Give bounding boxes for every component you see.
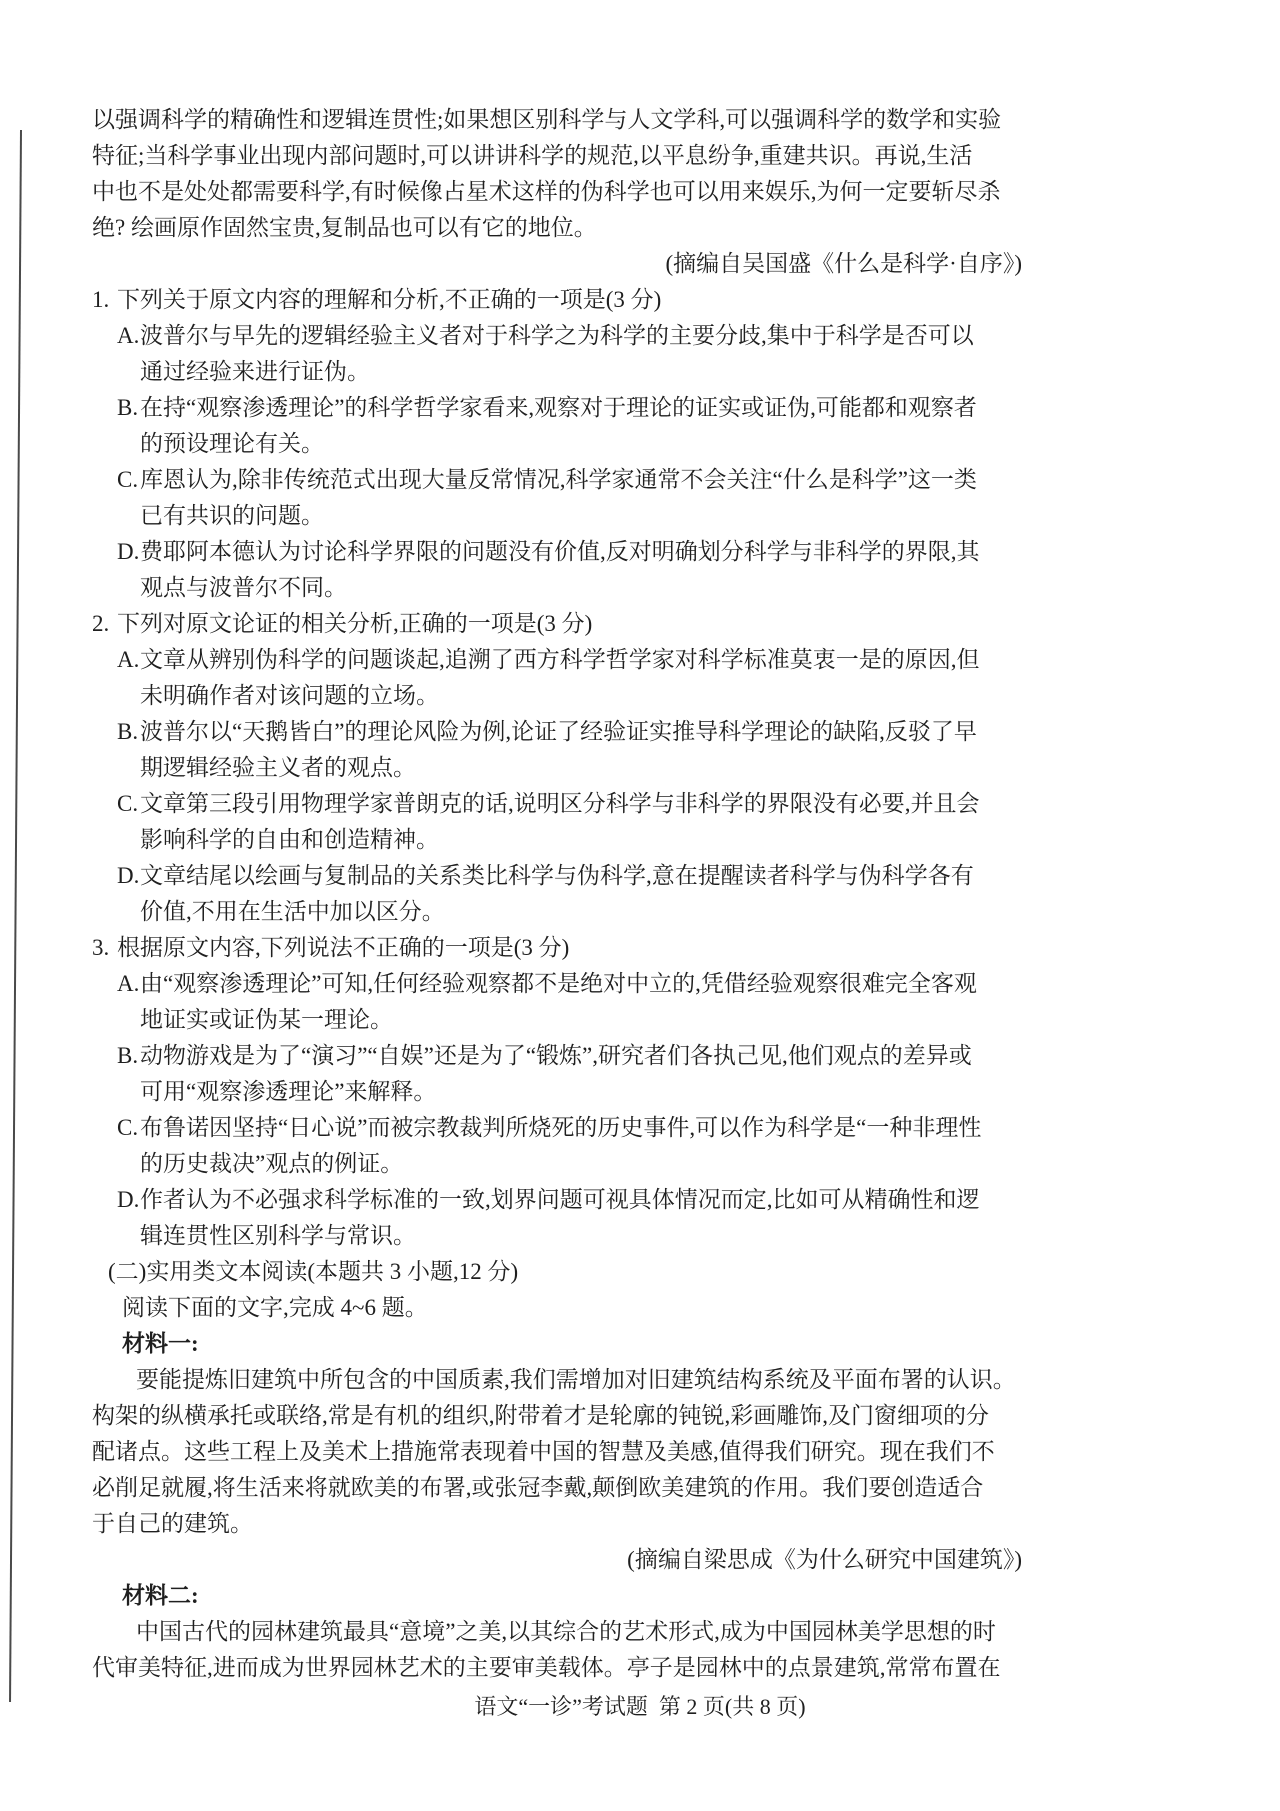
option-a-label: A.	[117, 642, 140, 714]
page-footer: 语文“一诊”考试题 第 2 页(共 8 页)	[0, 1689, 1280, 1725]
material-2-text: 中国古代的园林建筑最具“意境”之美,以其综合的艺术形式,成为中国园林美学思想的时…	[92, 1614, 1102, 1686]
question-2-option-a: A. 文章从辨别伪科学的问题谈起,追溯了西方科学哲学家对科学标准莫衷一是的原因,…	[117, 642, 1102, 714]
option-a-text: 波普尔与早先的逻辑经验主义者对于科学之为科学的主要分歧,集中于科学是否可以通过经…	[140, 318, 1102, 390]
option-d-text: 作者认为不必强求科学标准的一致,划界问题可视具体情况而定,比如可从精确性和逻辑连…	[140, 1182, 1102, 1254]
option-a-text: 由“观察渗透理论”可知,任何经验观察都不是绝对中立的,凭借经验观察很难完全客观地…	[140, 966, 1102, 1038]
reading-instruction: 阅读下面的文字,完成 4~6 题。	[122, 1290, 1102, 1326]
option-c-label: C.	[117, 786, 140, 858]
option-a-label: A.	[117, 966, 140, 1038]
material-1-label: 材料一:	[122, 1326, 1102, 1362]
question-2-stem: 下列对原文论证的相关分析,正确的一项是(3 分)	[117, 606, 1102, 642]
question-1-option-d: D. 费耶阿本德认为讨论科学界限的问题没有价值,反对明确划分科学与非科学的界限,…	[117, 534, 1102, 606]
option-b-text: 在持“观察渗透理论”的科学哲学家看来,观察对于理论的证实或证伪,可能都和观察者的…	[140, 390, 1102, 462]
question-2-option-b: B. 波普尔以“天鹅皆白”的理论风险为例,论证了经验证实推导科学理论的缺陷,反驳…	[117, 714, 1102, 786]
question-1-option-b: B. 在持“观察渗透理论”的科学哲学家看来,观察对于理论的证实或证伪,可能都和观…	[117, 390, 1102, 462]
question-1-stem: 下列关于原文内容的理解和分析,不正确的一项是(3 分)	[117, 282, 1102, 318]
option-d-label: D.	[117, 858, 140, 930]
question-2-option-c: C. 文章第三段引用物理学家普朗克的话,说明区分科学与非科学的界限没有必要,并且…	[117, 786, 1102, 858]
question-3-number: 3.	[92, 930, 117, 1254]
passage-continuation-paragraph: 以强调科学的精确性和逻辑连贯性;如果想区别科学与人文学科,可以强调科学的数学和实…	[92, 102, 1102, 246]
question-3: 3. 根据原文内容,下列说法不正确的一项是(3 分) A. 由“观察渗透理论”可…	[92, 930, 1102, 1254]
source-attribution-passage-1: (摘编自吴国盛《什么是科学·自序》)	[92, 246, 1102, 282]
question-1-number: 1.	[92, 282, 117, 606]
option-d-label: D.	[117, 1182, 140, 1254]
question-2-option-d: D. 文章结尾以绘画与复制品的关系类比科学与伪科学,意在提醒读者科学与伪科学各有…	[117, 858, 1102, 930]
option-c-label: C.	[117, 1110, 140, 1182]
option-c-label: C.	[117, 462, 140, 534]
option-d-text: 费耶阿本德认为讨论科学界限的问题没有价值,反对明确划分科学与非科学的界限,其观点…	[140, 534, 1102, 606]
option-c-text: 库恩认为,除非传统范式出现大量反常情况,科学家通常不会关注“什么是科学”这一类已…	[140, 462, 1102, 534]
question-3-option-a: A. 由“观察渗透理论”可知,任何经验观察都不是绝对中立的,凭借经验观察很难完全…	[117, 966, 1102, 1038]
option-d-label: D.	[117, 534, 140, 606]
question-3-option-d: D. 作者认为不必强求科学标准的一致,划界问题可视具体情况而定,比如可从精确性和…	[117, 1182, 1102, 1254]
option-a-text: 文章从辨别伪科学的问题谈起,追溯了西方科学哲学家对科学标准莫衷一是的原因,但未明…	[140, 642, 1102, 714]
question-2: 2. 下列对原文论证的相关分析,正确的一项是(3 分) A. 文章从辨别伪科学的…	[92, 606, 1102, 930]
question-3-option-b: B. 动物游戏是为了“演习”“自娱”还是为了“锻炼”,研究者们各执己见,他们观点…	[117, 1038, 1102, 1110]
question-2-number: 2.	[92, 606, 117, 930]
option-d-text: 文章结尾以绘画与复制品的关系类比科学与伪科学,意在提醒读者科学与伪科学各有价值,…	[140, 858, 1102, 930]
material-2-label: 材料二:	[122, 1578, 1102, 1614]
source-attribution-material-1: (摘编自梁思成《为什么研究中国建筑》)	[92, 1542, 1102, 1578]
question-1-option-c: C. 库恩认为,除非传统范式出现大量反常情况,科学家通常不会关注“什么是科学”这…	[117, 462, 1102, 534]
page-content: 以强调科学的精确性和逻辑连贯性;如果想区别科学与人文学科,可以强调科学的数学和实…	[92, 102, 1102, 1686]
question-3-option-c: C. 布鲁诺因坚持“日心说”而被宗教裁判所烧死的历史事件,可以作为科学是“一种非…	[117, 1110, 1102, 1182]
option-b-label: B.	[117, 714, 140, 786]
option-b-text: 波普尔以“天鹅皆白”的理论风险为例,论证了经验证实推导科学理论的缺陷,反驳了早期…	[140, 714, 1102, 786]
question-3-stem: 根据原文内容,下列说法不正确的一项是(3 分)	[117, 930, 1102, 966]
option-c-text: 文章第三段引用物理学家普朗克的话,说明区分科学与非科学的界限没有必要,并且会影响…	[140, 786, 1102, 858]
question-1-option-a: A. 波普尔与早先的逻辑经验主义者对于科学之为科学的主要分歧,集中于科学是否可以…	[117, 318, 1102, 390]
option-a-label: A.	[117, 318, 140, 390]
material-1-text: 要能提炼旧建筑中所包含的中国质素,我们需增加对旧建筑结构系统及平面布署的认识。构…	[92, 1362, 1102, 1542]
exam-page: 以强调科学的精确性和逻辑连贯性;如果想区别科学与人文学科,可以强调科学的数学和实…	[0, 0, 1280, 1811]
option-c-text: 布鲁诺因坚持“日心说”而被宗教裁判所烧死的历史事件,可以作为科学是“一种非理性的…	[140, 1110, 1102, 1182]
option-b-label: B.	[117, 1038, 140, 1110]
section-2-heading: (二)实用类文本阅读(本题共 3 小题,12 分)	[108, 1254, 1102, 1290]
option-b-text: 动物游戏是为了“演习”“自娱”还是为了“锻炼”,研究者们各执己见,他们观点的差异…	[140, 1038, 1102, 1110]
page-edge-line	[9, 130, 22, 1702]
option-b-label: B.	[117, 390, 140, 462]
question-1: 1. 下列关于原文内容的理解和分析,不正确的一项是(3 分) A. 波普尔与早先…	[92, 282, 1102, 606]
